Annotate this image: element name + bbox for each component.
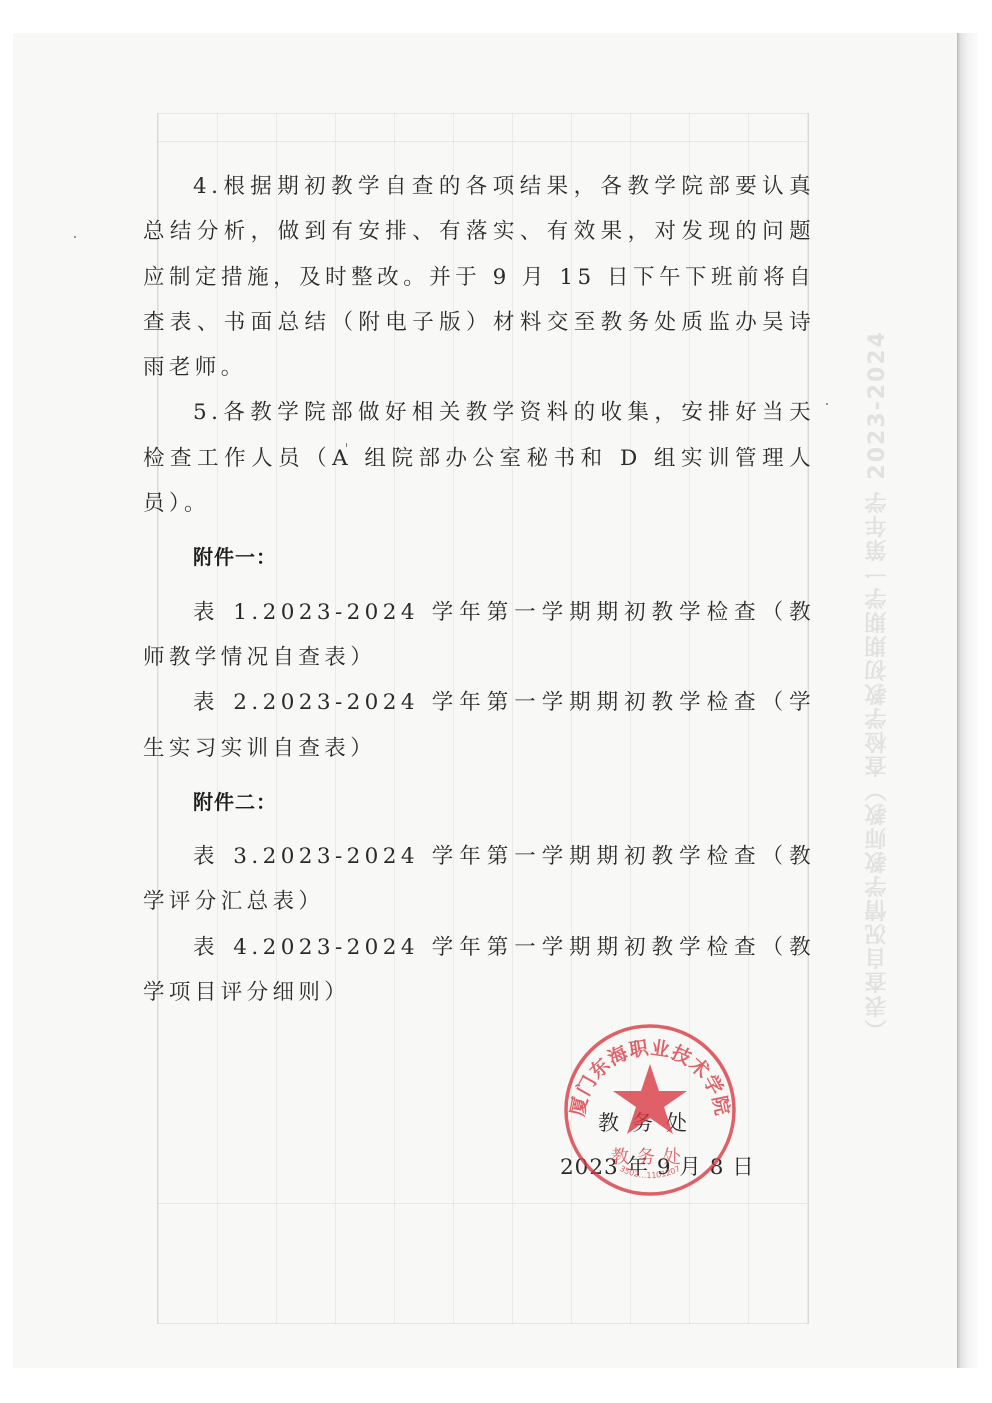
attachment-2-heading: 附件二： (143, 780, 815, 825)
attachment-2-table-3: 表 3.2023-2024 学年第一学期期初教学检查（教学评分汇总表） (143, 834, 815, 925)
paragraph-item-5: 5.各教学院部做好相关教学资料的收集，安排好当天检查工作人员（A 组院部办公室秘… (143, 390, 815, 526)
attachment-2-table-4: 表 4.2023-2024 学年第一学期期初教学检查（教学项目评分细则） (143, 925, 815, 1016)
paragraph-item-4: 4.根据期初教学自查的各项结果，各教学院部要认真总结分析，做到有安排、有落实、有… (143, 164, 815, 390)
scan-speck (826, 403, 828, 405)
scan-speck (74, 236, 76, 238)
bleed-through-row-line (157, 141, 807, 142)
signature-date: 2023 年 9 月 8 日 (560, 1150, 755, 1181)
scan-edge-shadow (958, 33, 978, 1368)
attachment-1-heading: 附件一： (143, 535, 815, 580)
signature-department: 教务处 (598, 1107, 700, 1137)
document-body: 4.根据期初教学自查的各项结果，各教学院部要认真总结分析，做到有安排、有落实、有… (143, 164, 815, 1015)
bleed-through-title: （表查自况情学教师教）查检学教初期期学一第年学 2023-2024 (862, 330, 893, 1041)
attachment-1-table-1: 表 1.2023-2024 学年第一学期期初教学检查（教师教学情况自查表） (143, 590, 815, 681)
bleed-through-row-line (157, 1203, 807, 1204)
attachment-1-table-2: 表 2.2023-2024 学年第一学期期初教学检查（学生实习实训自查表） (143, 680, 815, 771)
